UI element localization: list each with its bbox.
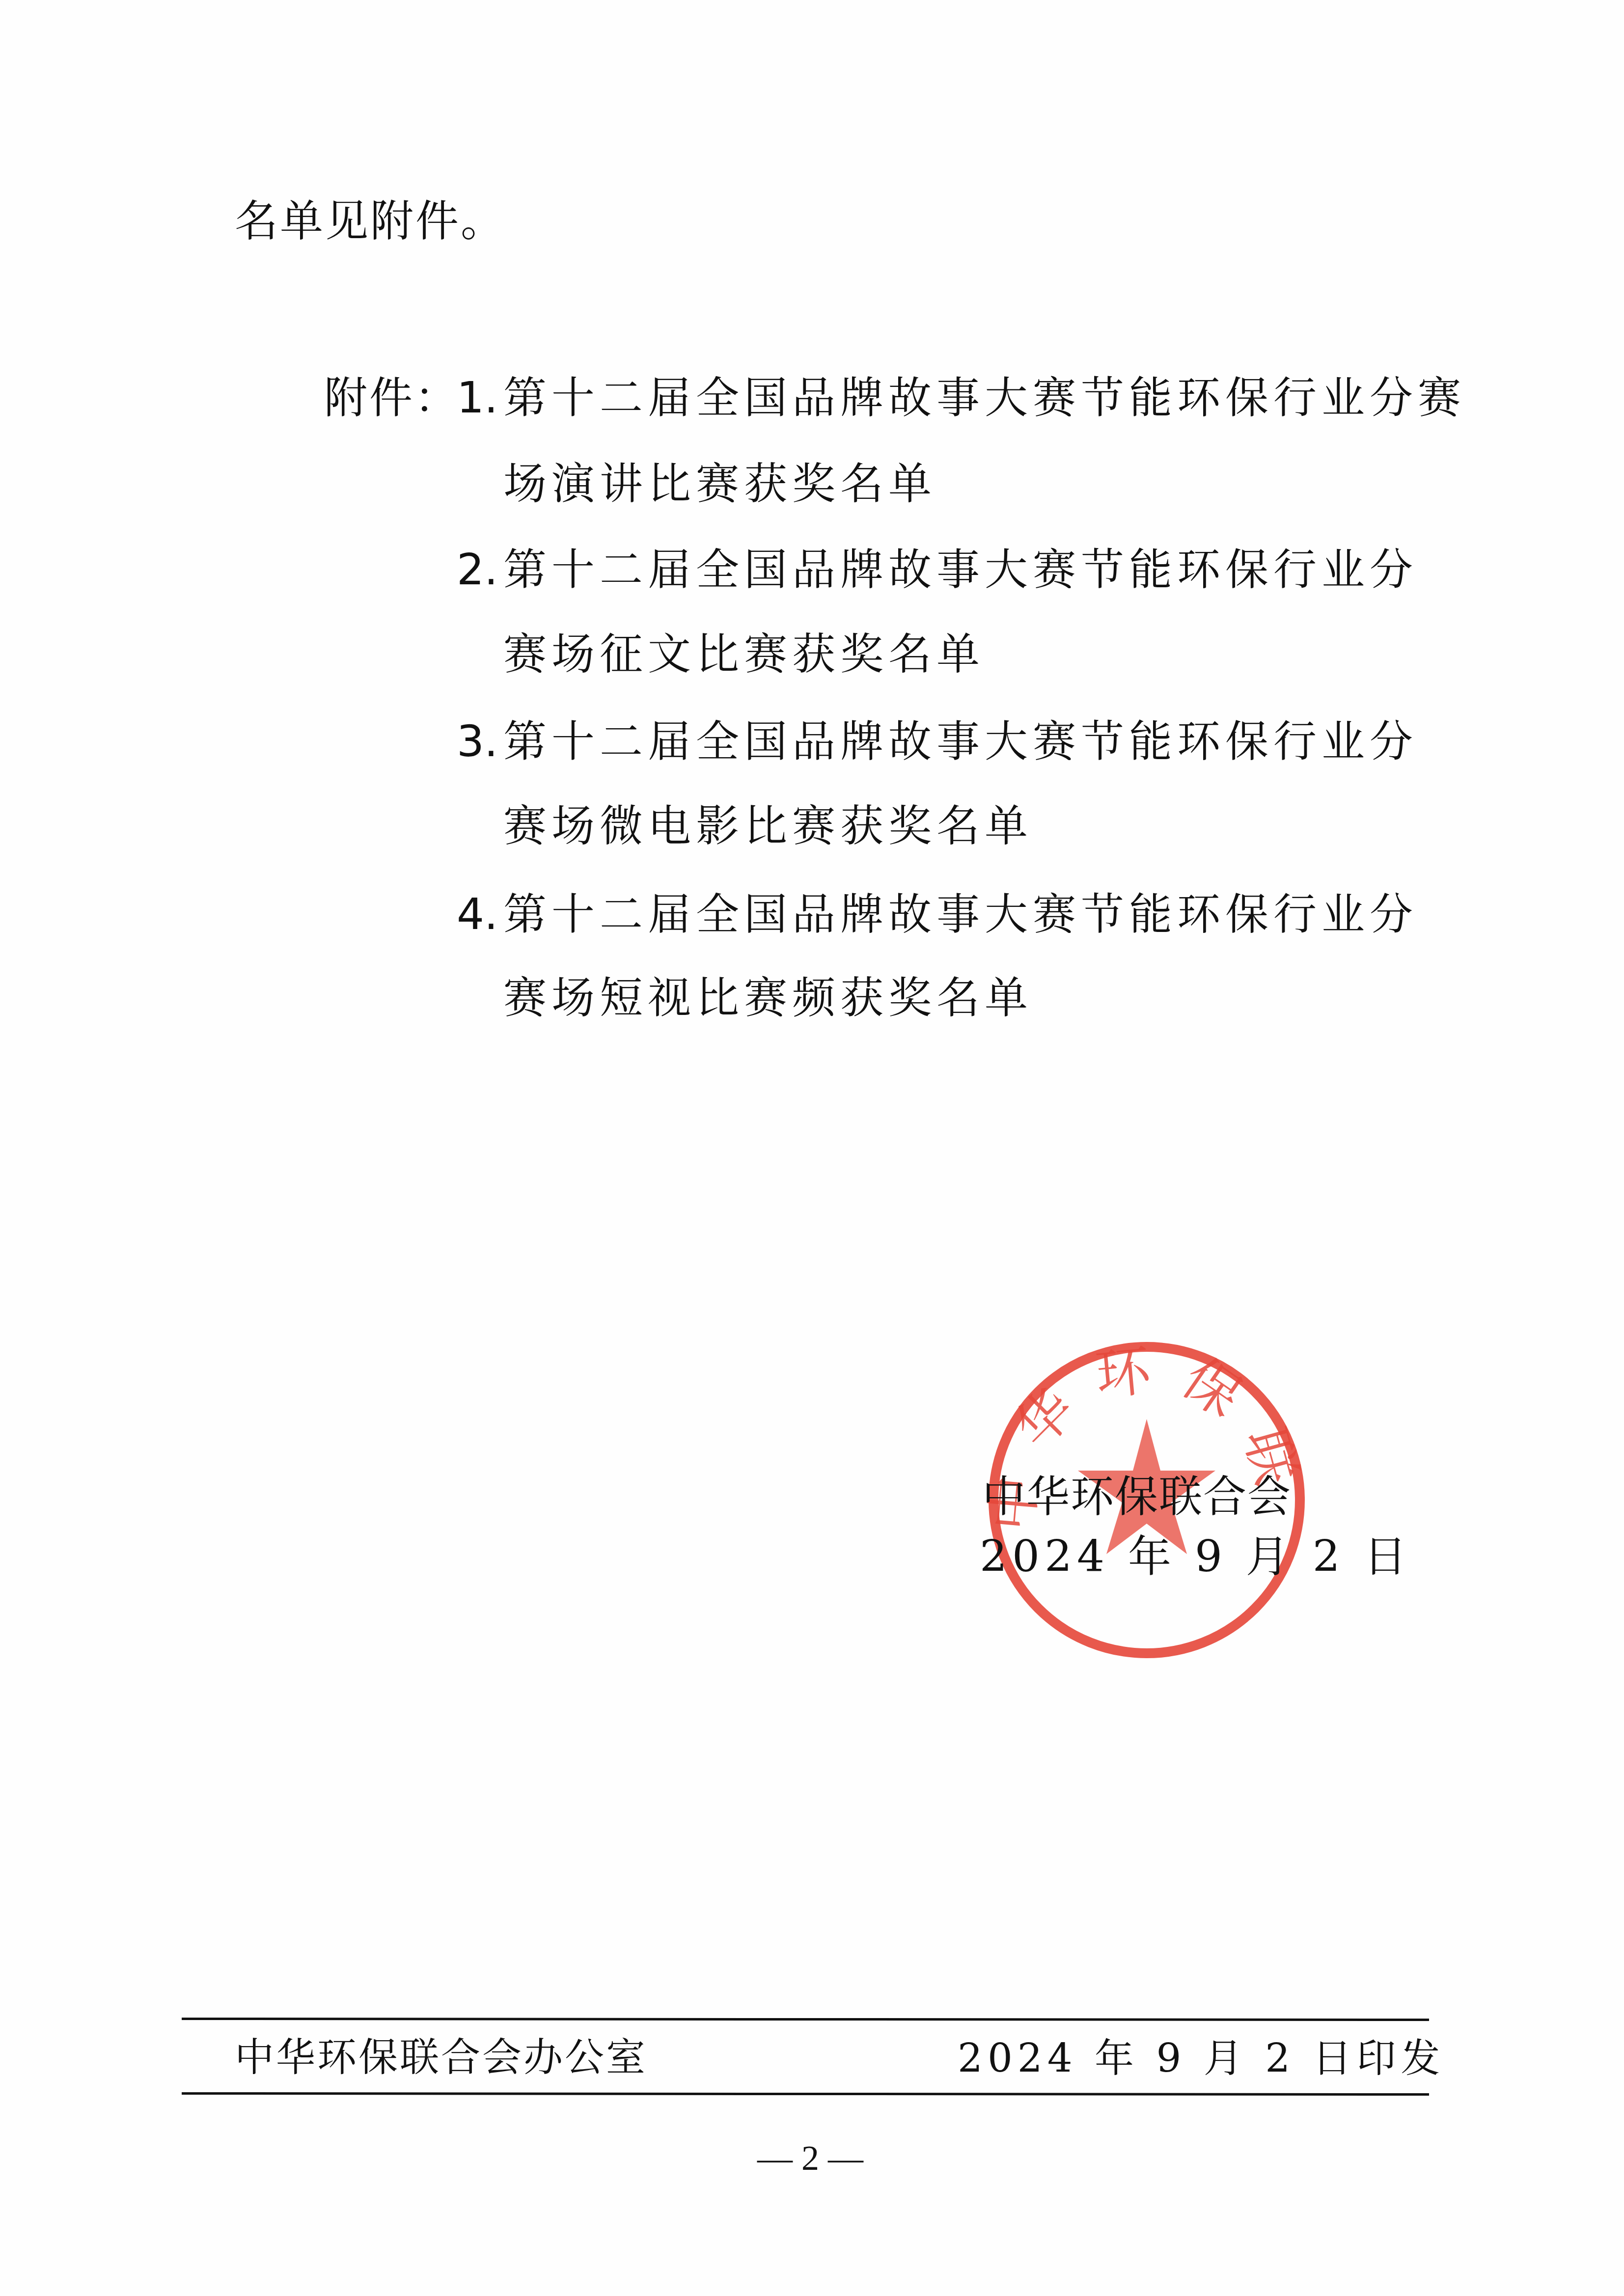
document-page: 名单见附件。 附件： 1. 第十二届全国品牌故事大赛节能环保行业分赛 场演讲比赛…	[0, 0, 1624, 2296]
footer-divider-bottom	[182, 2092, 1429, 2096]
attachment-number-4: 4.	[457, 890, 498, 939]
page-number: — 2 —	[737, 2133, 884, 2183]
signature-organization: 中华环保联合会	[982, 1472, 1292, 1521]
attachment-title-3-line2: 赛场微电影比赛获奖名单	[503, 801, 1033, 850]
attachment-number-1: 1.	[457, 373, 498, 422]
attachment-number-3: 3.	[457, 717, 498, 766]
attachments-label: 附件：	[324, 373, 460, 422]
attachment-title-3-line1: 第十二届全国品牌故事大赛节能环保行业分	[503, 717, 1418, 766]
attachment-number-2: 2.	[457, 545, 498, 594]
footer-divider-top	[182, 2018, 1429, 2021]
attachment-title-4-line2: 赛场短视比赛频获奖名单	[503, 973, 1033, 1022]
signature-date: 2024 年 9 月 2 日	[980, 1532, 1412, 1581]
intro-paragraph: 名单见附件。	[235, 196, 506, 246]
footer-issuer: 中华环保联合会办公室	[235, 2033, 647, 2082]
attachment-title-1-line2: 场演讲比赛获奖名单	[503, 459, 936, 508]
attachment-title-1-line1: 第十二届全国品牌故事大赛节能环保行业分赛	[503, 373, 1466, 422]
attachment-title-2-line2: 赛场征文比赛获奖名单	[503, 629, 985, 679]
footer-issue-date: 2024 年 9 月 2 日印发	[958, 2034, 1445, 2083]
attachment-title-4-line1: 第十二届全国品牌故事大赛节能环保行业分	[503, 890, 1418, 939]
attachment-title-2-line1: 第十二届全国品牌故事大赛节能环保行业分	[503, 545, 1418, 594]
